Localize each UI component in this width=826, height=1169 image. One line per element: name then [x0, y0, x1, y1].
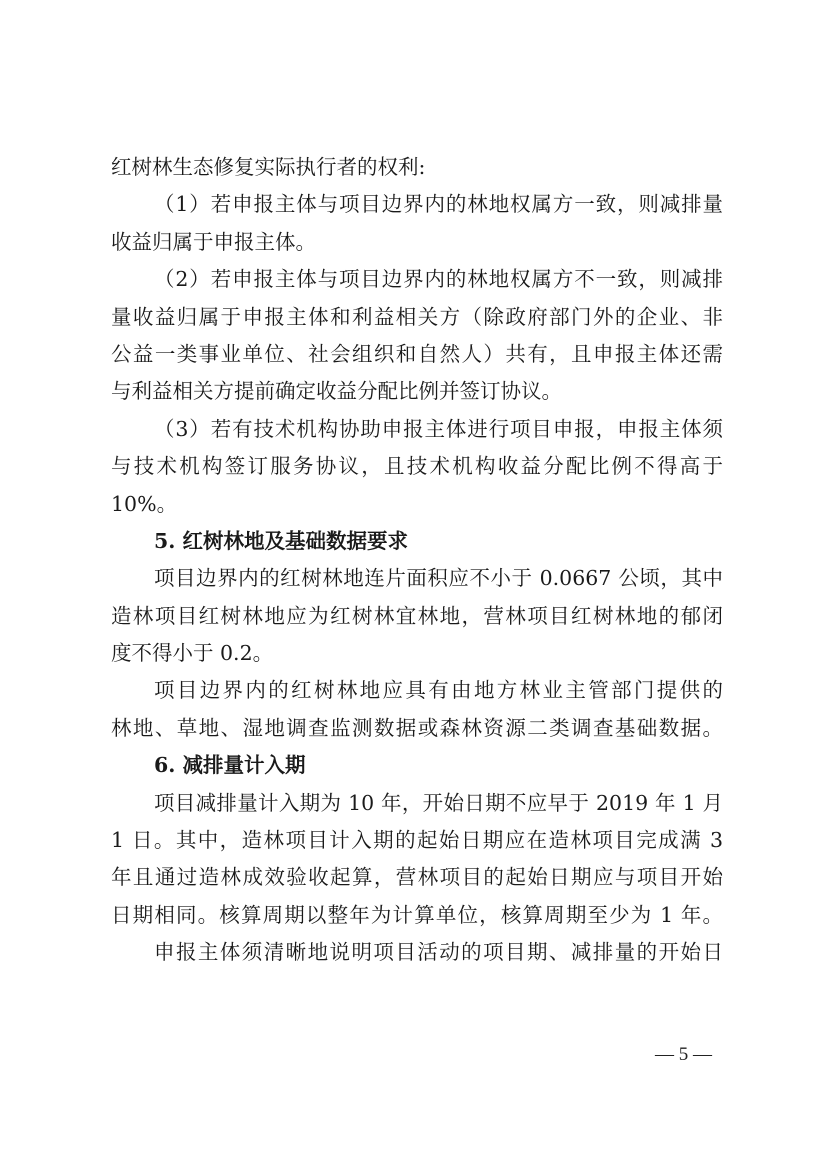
text-line: 年且通过造林成效验收起算，营林项目的起始日期应与项目开始	[111, 859, 723, 896]
section-heading-6: 6. 减排量计入期	[111, 747, 723, 784]
paragraph-start: 申报主体须清晰地说明项目活动的项目期、减排量的开始日	[111, 934, 723, 971]
paragraph-start: 项目边界内的红树林地连片面积应不小于 0.0667 公顷，其中	[111, 560, 723, 597]
text-line: 与技术机构签订服务协议，且技术机构收益分配比例不得高于	[111, 448, 723, 485]
text-line: 林地、草地、湿地调查监测数据或森林资源二类调查基础数据。	[111, 710, 723, 747]
paragraph-item-2: （2）若申报主体与项目边界内的林地权属方不一致，则减排	[111, 261, 723, 298]
text-line: 造林项目红树林地应为红树林宜林地，营林项目红树林地的郁闭	[111, 598, 723, 635]
text-line: 日期相同。核算周期以整年为计算单位，核算周期至少为 1 年。	[111, 897, 723, 934]
text-line: 红树林生态修复实际执行者的权利:	[111, 149, 723, 186]
page-number: — 5 —	[655, 1044, 712, 1066]
text-line: 量收益归属于申报主体和利益相关方（除政府部门外的企业、非	[111, 299, 723, 336]
paragraph-start: 项目边界内的红树林地应具有由地方林业主管部门提供的	[111, 672, 723, 709]
text-line: 与利益相关方提前确定收益分配比例并签订协议。	[111, 373, 723, 410]
document-page: 红树林生态修复实际执行者的权利: （1）若申报主体与项目边界内的林地权属方一致，…	[0, 0, 826, 1169]
text-line: 收益归属于申报主体。	[111, 224, 723, 261]
text-line: 度不得小于 0.2。	[111, 635, 723, 672]
paragraph-item-3: （3）若有技术机构协助申报主体进行项目申报，申报主体须	[111, 411, 723, 448]
section-heading-5: 5. 红树林地及基础数据要求	[111, 523, 723, 560]
text-line: 公益一类事业单位、社会组织和自然人）共有，且申报主体还需	[111, 336, 723, 373]
body-text: 红树林生态修复实际执行者的权利: （1）若申报主体与项目边界内的林地权属方一致，…	[111, 149, 723, 972]
text-line: 1 日。其中，造林项目计入期的起始日期应在造林项目完成满 3	[111, 822, 723, 859]
paragraph-item-1: （1）若申报主体与项目边界内的林地权属方一致，则减排量	[111, 186, 723, 223]
paragraph-start: 项目减排量计入期为 10 年，开始日期不应早于 2019 年 1 月	[111, 785, 723, 822]
text-line: 10%。	[111, 486, 723, 523]
